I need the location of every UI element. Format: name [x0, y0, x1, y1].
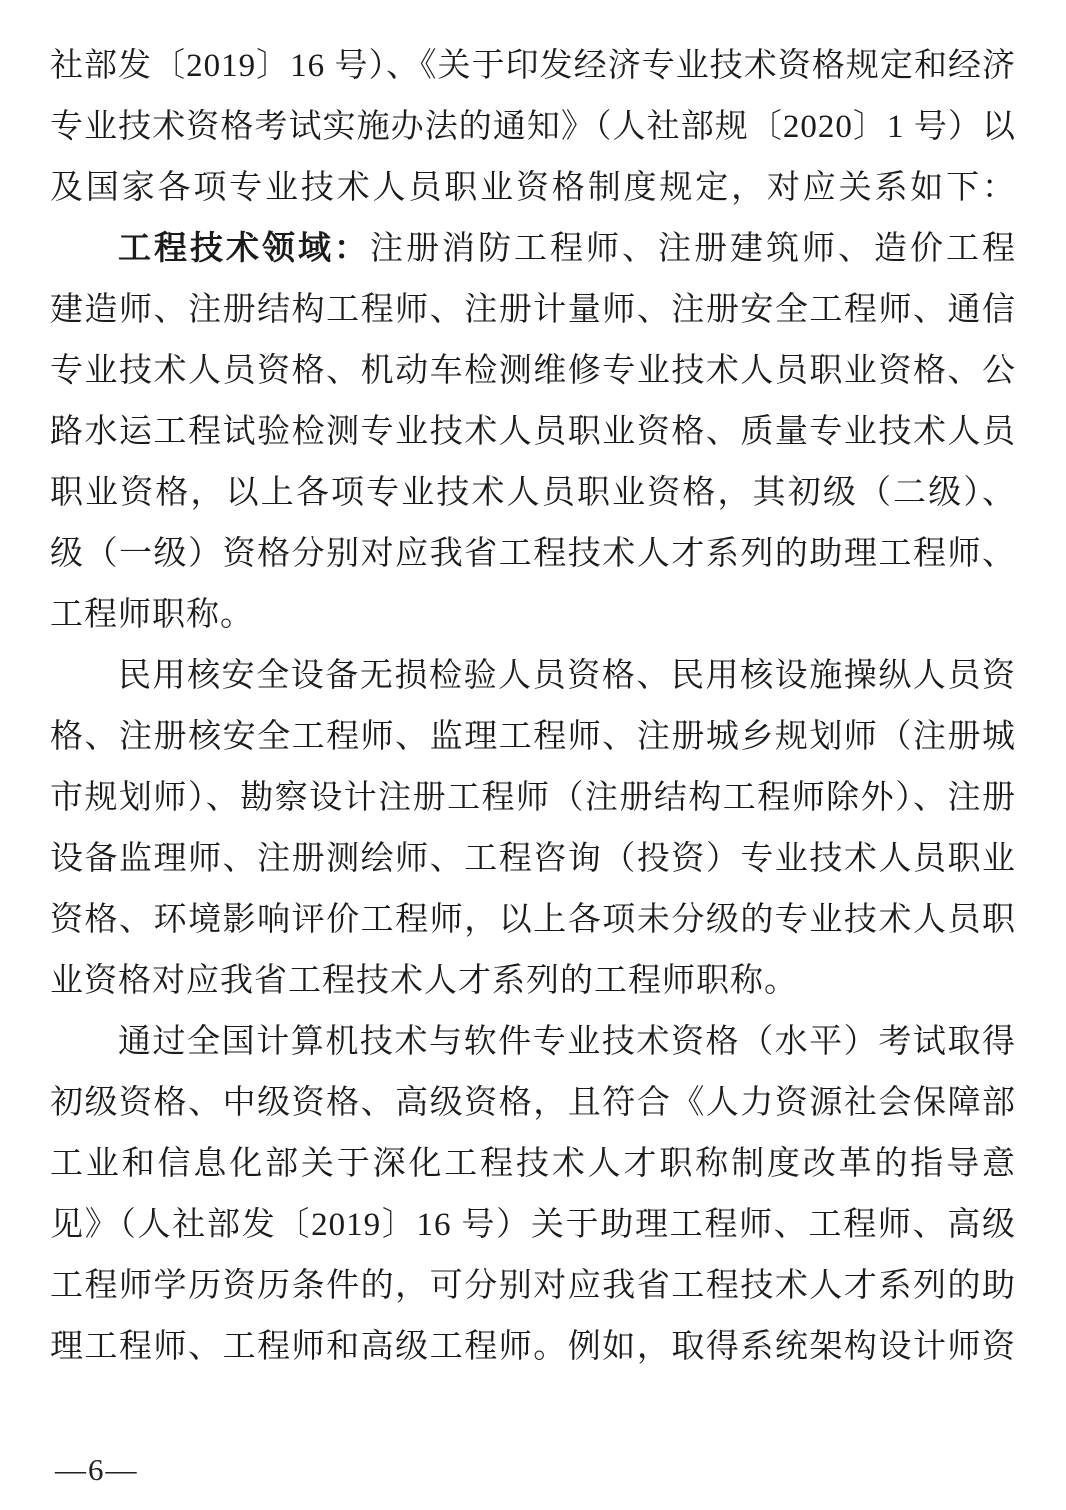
document-page: 社部发〔2019〕16 号）、《关于印发经济专业技术资格规定和经济 专业技术资格… — [0, 0, 1066, 1510]
text-line: 见》（人社部发〔2019〕16 号）关于助理工程师、工程师、高级 — [50, 1195, 1016, 1256]
section-label: 工程技术领域： — [118, 231, 370, 267]
text-line: 格、注册核安全工程师、监理工程师、注册城乡规划师（注册城 — [50, 707, 1016, 768]
document-body: 社部发〔2019〕16 号）、《关于印发经济专业技术资格规定和经济 专业技术资格… — [50, 36, 1016, 1378]
text-line: 专业技术资格考试实施办法的通知》（人社部规〔2020〕1 号）以 — [50, 97, 1016, 158]
text-line: 建造师、注册结构工程师、注册计量师、注册安全工程师、通信 — [50, 280, 1016, 341]
text-line: 专业技术人员资格、机动车检测维修专业技术人员职业资格、公 — [50, 341, 1016, 402]
text-line: 市规划师）、勘察设计注册工程师（注册结构工程师除外）、注册 — [50, 768, 1016, 829]
text-line: 及国家各项专业技术人员职业资格制度规定，对应关系如下： — [50, 158, 1016, 219]
text-line: 初级资格、中级资格、高级资格，且符合《人力资源社会保障部 — [50, 1073, 1016, 1134]
text-line: 通过全国计算机技术与软件专业技术资格（水平）考试取得 — [50, 1012, 1016, 1073]
text-line: 工程技术领域：注册消防工程师、注册建筑师、造价工程师、 — [50, 219, 1016, 280]
text-line: 资格、环境影响评价工程师，以上各项未分级的专业技术人员职 — [50, 890, 1016, 951]
text-line: 职业资格，以上各项专业技术人员职业资格，其初级（二级）、中 — [50, 463, 1016, 524]
text-line: 业资格对应我省工程技术人才系列的工程师职称。 — [50, 951, 1016, 1012]
page-number: —6— — [55, 1450, 139, 1490]
text-line: 工业和信息化部关于深化工程技术人才职称制度改革的指导意 — [50, 1134, 1016, 1195]
text-line: 工程师学历资历条件的，可分别对应我省工程技术人才系列的助 — [50, 1256, 1016, 1317]
text-line: 路水运工程试验检测专业技术人员职业资格、质量专业技术人员 — [50, 402, 1016, 463]
text-line: 理工程师、工程师和高级工程师。例如，取得系统架构设计师资 — [50, 1317, 1016, 1378]
text-line: 设备监理师、注册测绘师、工程咨询（投资）专业技术人员职业 — [50, 829, 1016, 890]
text-line: 级（一级）资格分别对应我省工程技术人才系列的助理工程师、 — [50, 524, 1016, 585]
text-line: 工程师职称。 — [50, 585, 1016, 646]
text-line: 民用核安全设备无损检验人员资格、民用核设施操纵人员资 — [50, 646, 1016, 707]
text-line: 社部发〔2019〕16 号）、《关于印发经济专业技术资格规定和经济 — [50, 36, 1016, 97]
